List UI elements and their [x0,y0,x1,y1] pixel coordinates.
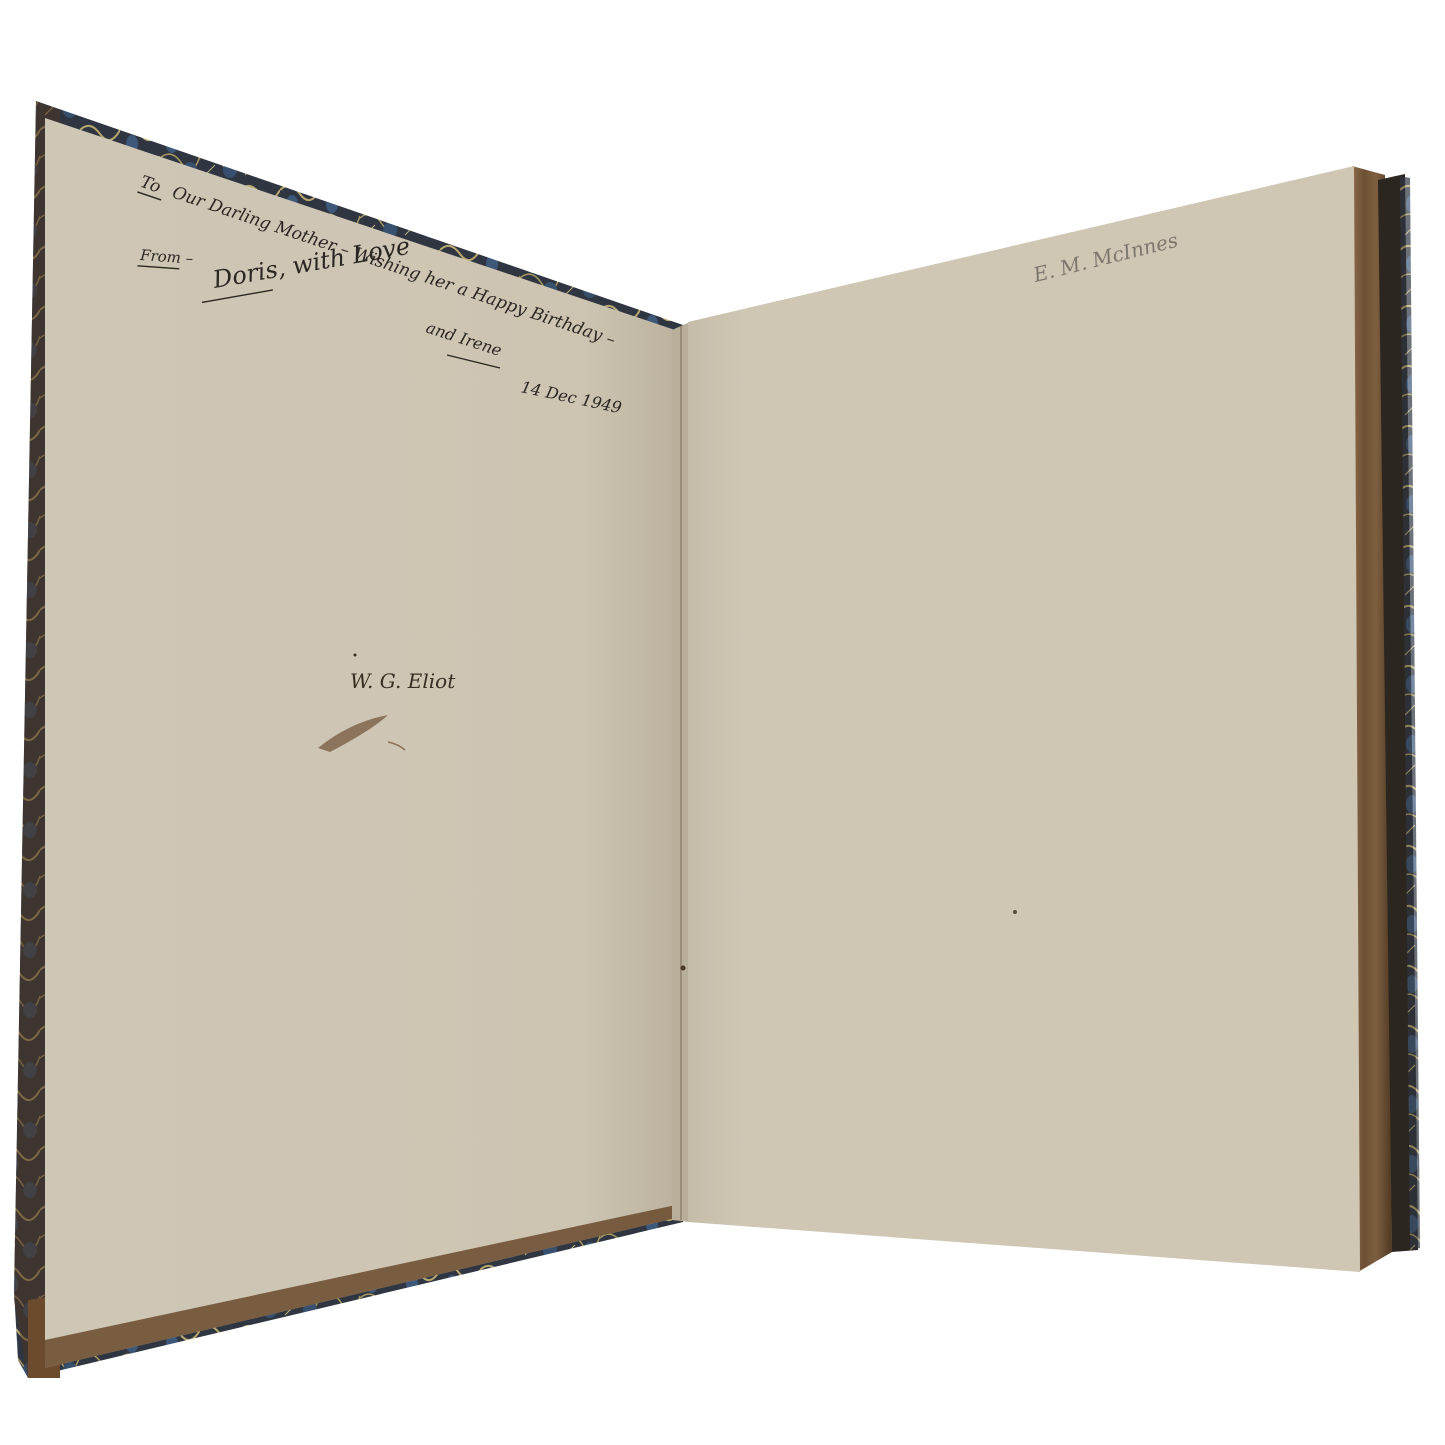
open-book: To Our Darling Mother – Wishing her a Ha… [0,0,1445,1445]
inscription-from: From – [139,246,194,268]
left-endpaper [45,118,676,1368]
signature-wg-eliot: W. G. Eliot [350,669,456,693]
book-photo: To Our Darling Mother – Wishing her a Ha… [0,0,1445,1445]
right-page [688,166,1360,1272]
